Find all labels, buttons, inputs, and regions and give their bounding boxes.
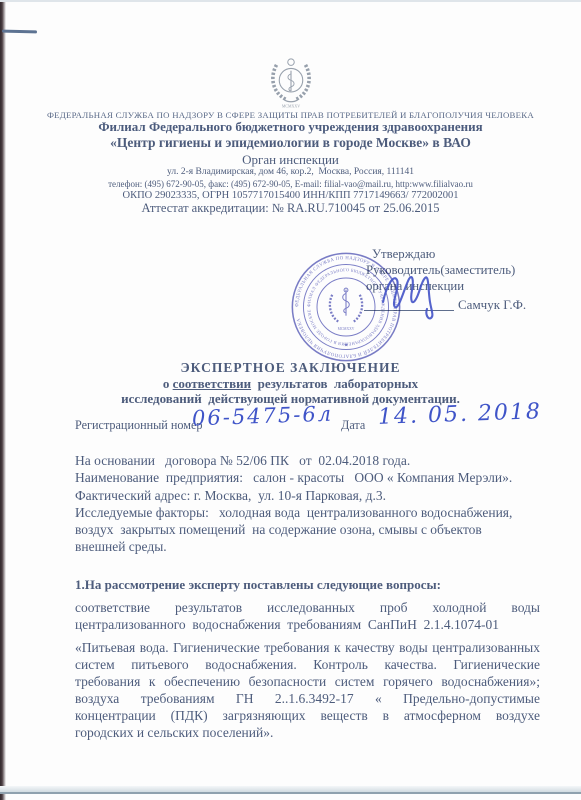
registration-number-label: Регистрационный номер bbox=[75, 418, 202, 433]
studied-factors-line2: воздух закрытых помещений на содержание … bbox=[75, 521, 550, 538]
subtitle-prefix: о bbox=[163, 376, 173, 391]
stamp-year-label: МСМХХV bbox=[338, 327, 355, 331]
emblem-year-label: MCMXXV bbox=[282, 103, 300, 108]
paragraph-line: систем питьевого водоснабжения. Контроль… bbox=[75, 657, 540, 674]
handwritten-signature bbox=[380, 266, 466, 320]
org-name-line2: «Центр гигиены и эпидемиологии в городе … bbox=[0, 135, 581, 151]
signer-name: Самчук Г.Ф. bbox=[458, 297, 526, 313]
case-details-block: На основании договора № 52/06 ПК от 02.0… bbox=[75, 452, 550, 556]
studied-factors-line3: внешней среды. bbox=[75, 538, 550, 555]
org-address: ул. 2-я Владимирская, дом 46, кор.2, Мос… bbox=[0, 167, 581, 177]
subtitle-underlined-word: соответствии bbox=[173, 376, 251, 391]
org-emblem-icon: MCMXXV bbox=[262, 54, 320, 110]
paragraph-line: «Питьевая вода. Гигиенические требования… bbox=[75, 640, 540, 657]
scan-edge-bottom-line bbox=[0, 792, 581, 794]
stamp-star-icon: ★ bbox=[344, 343, 349, 349]
actual-address-line: Фактический адрес: г. Москва, ул. 10-я П… bbox=[75, 487, 550, 504]
document-subtitle-line1: о соответствии результатов лабораторных bbox=[0, 376, 581, 391]
org-name-line1: Филиал Федерального бюджетного учреждени… bbox=[0, 119, 581, 135]
section1-paragraph2: «Питьевая вода. Гигиенические требования… bbox=[75, 640, 540, 742]
paragraph-line: соответствие результатов исследованных п… bbox=[75, 600, 540, 617]
date-value: 14. 05. 2018 bbox=[378, 399, 543, 430]
paragraph-line: концентрации (ПДК) загрязняющих веществ … bbox=[75, 708, 540, 725]
scan-edge-top bbox=[0, 0, 581, 2]
scan-mark-topleft bbox=[2, 30, 37, 34]
org-registry-codes: ОКПО 29023335, ОГРН 1057717015400 ИНН/КП… bbox=[0, 190, 581, 201]
section1-heading: 1.На рассмотрение эксперту поставлены сл… bbox=[75, 577, 550, 593]
paragraph-line: городских и сельских поселений». bbox=[75, 725, 540, 742]
org-contacts: телефон: (495) 672-90-05, факс: (495) 67… bbox=[0, 179, 581, 189]
subtitle-suffix: результатов лабораторных bbox=[251, 376, 418, 391]
date-label: Дата bbox=[341, 418, 365, 433]
document-page: MCMXXV ФЕДЕРАЛЬНАЯ СЛУЖБА ПО НАДЗОРУ В С… bbox=[0, 0, 581, 800]
paragraph-line: требования к обеспечению безопасности си… bbox=[75, 674, 540, 691]
section1-paragraph1: соответствие результатов исследованных п… bbox=[75, 600, 540, 634]
paragraph-line: централизованного водоснабжения требован… bbox=[75, 617, 540, 634]
studied-factors-line1: Исследуемые факторы: холодная вода центр… bbox=[75, 504, 550, 521]
department-name: Орган инспекции bbox=[0, 152, 581, 168]
contract-basis-line: На основании договора № 52/06 ПК от 02.0… bbox=[75, 452, 550, 469]
paragraph-line: воздуха требованиям ГН 2..1.6.3492-17 « … bbox=[75, 691, 540, 708]
registration-number-value: 06-5475-6л bbox=[192, 402, 334, 431]
accreditation-line: Аттестат аккредитации: № RA.RU.710045 от… bbox=[0, 201, 581, 216]
enterprise-name-line: Наименование предприятия: салон - красот… bbox=[75, 469, 550, 486]
